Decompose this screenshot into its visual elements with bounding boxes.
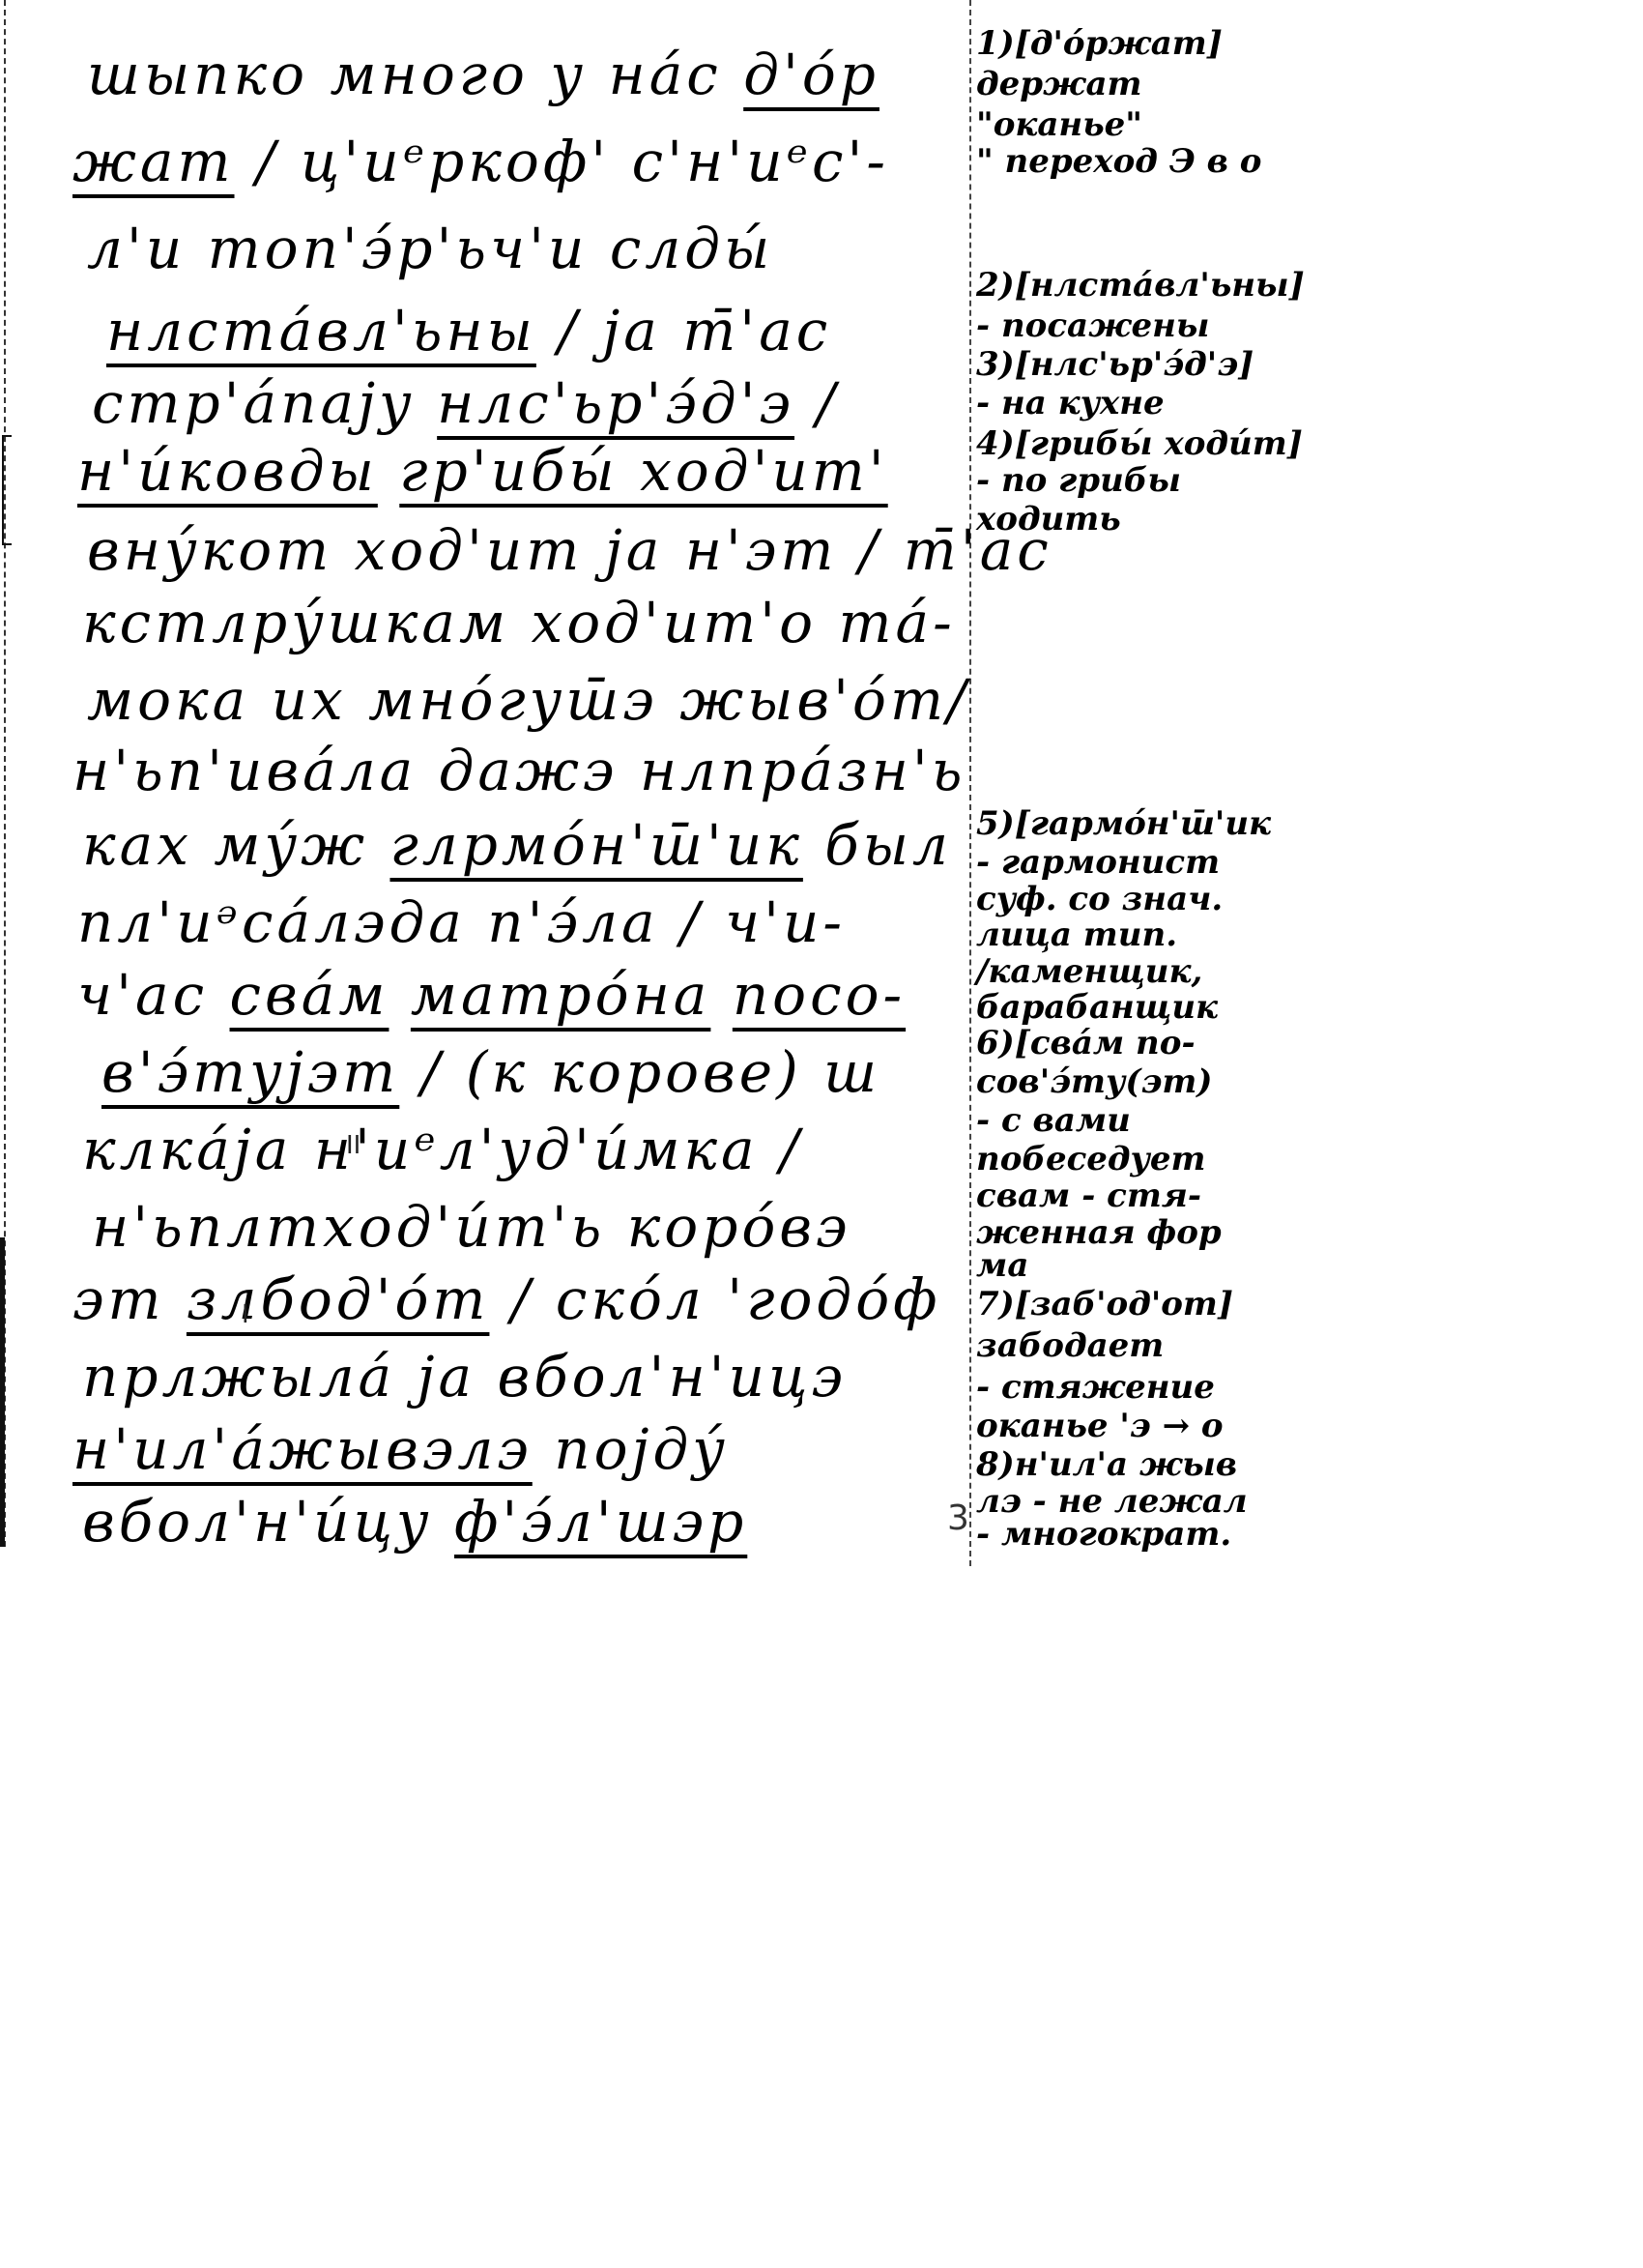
segment: клка́ја н'иᵉл'уд'и́мка / (82, 1117, 803, 1182)
gloss-line: 2)[нлстáвл'ьны] (976, 269, 1305, 302)
roman-numeral-mark: I (242, 1300, 249, 1329)
gloss-line: ма (976, 1249, 1028, 1282)
segment: / ц'иᵉркоф' с'н'иᵉс'- (235, 129, 890, 194)
gloss-line: - многократ. (976, 1518, 1231, 1551)
gloss-line: - с вами (976, 1104, 1131, 1137)
gloss-line: суф. со знач. (976, 883, 1223, 916)
segment: вбол'н'и́цу (82, 1489, 454, 1555)
text-line-1: шыпко многo у нáс д'óр (87, 46, 879, 102)
text-line-16: н'ьплтход'и́т'ь коро́вэ (92, 1199, 851, 1255)
gloss-line: лэ - не лежал (976, 1485, 1248, 1518)
text-line-10: н'ьп'ива́ла дажэ нлпра́зн'ь (72, 742, 966, 799)
text-line-9: мока их мно́гуш̄э жыв'о́т/ (87, 672, 970, 728)
segment: / (794, 370, 839, 436)
segment: / ja т̄'ас (536, 298, 831, 363)
segment: мока их мно́гуш̄э жыв'о́т/ (87, 667, 970, 733)
margin-divider (969, 0, 971, 1566)
roman-numeral-mark: II (346, 1131, 360, 1160)
text-line-5: стр'а́пају нлс'ьр'э́д'э / (92, 375, 839, 431)
segment: / (к корове) ш (399, 1039, 880, 1105)
underlined-term: н'ил'а́жывэлэ (72, 1416, 533, 1482)
segment: пл'иᵊса́лэда п'э́ла / ч'и- (77, 889, 846, 955)
gloss-line: забодает (976, 1329, 1164, 1362)
underlined-term: н'и́ковды (77, 438, 378, 504)
underlined-term: ф'э́л'шэр (454, 1489, 747, 1555)
segment (710, 962, 732, 1028)
text-line-4: нлста́вл'ьны / ja т̄'ас (106, 303, 831, 359)
underlined-term: сва́м (230, 962, 389, 1028)
segment: стр'а́пају (92, 370, 437, 436)
gloss-line: побеседует (976, 1143, 1206, 1176)
gloss-line: - посажены (976, 309, 1210, 342)
text-line-15: клка́ја н'иᵉл'уд'и́мка / (82, 1121, 803, 1178)
segment: кстлру́шкам ход'ит'о та́- (82, 590, 956, 655)
underlined-term: гр'ибы́ ход'ит' (399, 438, 887, 504)
page-number: 3 (947, 1498, 969, 1538)
underlined-term: глрмо́н'ш̄'ик (389, 812, 802, 878)
gloss-line: "оканье" (976, 108, 1142, 141)
segment: н'ьп'ива́ла дажэ нлпра́зн'ь (72, 738, 966, 803)
underlined-term: в'э́тујэт (101, 1039, 399, 1105)
gloss-line: - по грибы (976, 464, 1181, 497)
segment: вну́кот ход'ит ja н'эт / т̄'ас (87, 517, 1052, 583)
text-line-12: пл'иᵊса́лэда п'э́ла / ч'и- (77, 894, 846, 950)
segment: н'ьплтход'и́т'ь коро́вэ (92, 1194, 851, 1260)
gloss-line: лица тип. (976, 918, 1177, 951)
segment: / ско́л 'годо́ф (489, 1266, 940, 1332)
text-line-7: вну́кот ход'ит ja н'эт / т̄'ас (87, 522, 1052, 578)
gloss-line: свам - стя- (976, 1179, 1201, 1212)
segment: поjду́ (533, 1416, 729, 1482)
text-line-3: л'и топ'э́р'ьч'и слды́ (87, 220, 773, 276)
segment: л'и топ'э́р'ьч'и слды́ (87, 216, 773, 281)
gloss-line: сов'э́ту(эт) (976, 1065, 1212, 1098)
segment (378, 438, 399, 504)
text-line-19: н'ил'а́жывэлэ поjду́ (72, 1421, 729, 1477)
text-line-14: в'э́тујэт / (к корове) ш (101, 1044, 880, 1100)
gloss-line: ходить (976, 503, 1121, 536)
gloss-line: - стяжение (976, 1371, 1215, 1404)
gloss-line: барабанщик (976, 991, 1218, 1024)
text-line-6: н'и́ковды гр'ибы́ ход'ит' (77, 443, 888, 499)
segment: шыпко многo у нáс (87, 42, 743, 107)
underlined-term: жат (72, 129, 235, 194)
gloss-line: 5)[гармо́н'ш̄'ик (976, 807, 1271, 840)
text-line-11: ках му́ж глрмо́н'ш̄'ик был (82, 817, 952, 873)
gloss-line: держат (976, 68, 1141, 101)
text-line-20: вбол'н'и́цу ф'э́л'шэр (82, 1494, 747, 1550)
segment: ках му́ж (82, 812, 389, 878)
left-binding-bracket (2, 435, 12, 545)
text-line-17: эт злбод'о́т / ско́л 'годо́ф (72, 1271, 941, 1327)
text-line-13: ч'ас сва́м матро́на посо- (77, 967, 906, 1023)
segment (389, 962, 410, 1028)
gloss-line: 1)[д'óржат] (976, 27, 1223, 60)
gloss-line: оканье 'э → о (976, 1410, 1224, 1442)
text-line-18: прлжыла́ ja вбол'н'ицэ (82, 1349, 847, 1405)
gloss-line: 6)[свáм по- (976, 1027, 1196, 1060)
gloss-line: - гармонист (976, 846, 1220, 879)
underlined-term: нлс'ьр'э́д'э (437, 370, 794, 436)
gloss-line: - на кухне (976, 387, 1165, 420)
underlined-term: посо- (733, 962, 906, 1028)
underlined-term: д'óр (743, 42, 879, 107)
segment: прлжыла́ ja вбол'н'ицэ (82, 1344, 847, 1410)
page-left-shadow (0, 1237, 5, 1547)
document-page: шыпко многo у нáс д'óр жат / ц'иᵉркоф' с… (0, 0, 1643, 2268)
gloss-line: 4)[грибы́ ходи́т] (976, 427, 1303, 460)
gloss-line: 8)н'ил'а жыв (976, 1448, 1237, 1481)
text-line-2: жат / ц'иᵉркоф' с'н'иᵉс'- (72, 133, 889, 189)
gloss-line: 3)[нлс'ьр'э́д'э] (976, 348, 1254, 381)
gloss-line: женная фор (976, 1216, 1222, 1249)
gloss-line: " переход Э в о (976, 145, 1261, 178)
underlined-term: злбод'о́т (187, 1266, 490, 1332)
text-line-8: кстлру́шкам ход'ит'о та́- (82, 595, 956, 651)
segment: ч'ас (77, 962, 230, 1028)
segment: эт (72, 1266, 187, 1332)
gloss-line: 7)[заб'од'от] (976, 1288, 1233, 1321)
segment: был (803, 812, 952, 878)
underlined-term: матро́на (411, 962, 711, 1028)
gloss-line: /каменщик, (976, 955, 1202, 988)
underlined-term: нлста́вл'ьны (106, 298, 536, 363)
